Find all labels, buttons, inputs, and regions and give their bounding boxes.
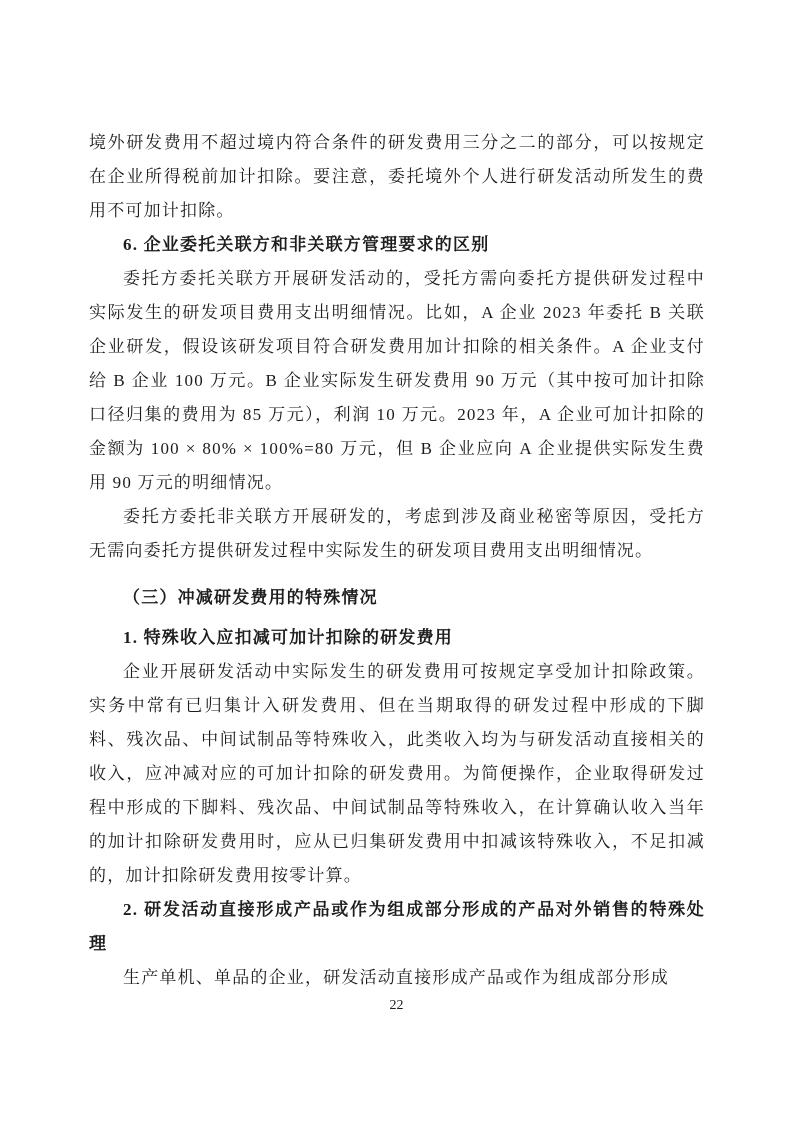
document-body: 境外研发费用不超过境内符合条件的研发费用三分之二的部分，可以按规定在企业所得税前… bbox=[89, 126, 705, 995]
paragraph-non-related-party: 委托方委托非关联方开展研发的，考虑到涉及商业秘密等原因，受托方无需向委托方提供研… bbox=[89, 500, 705, 568]
paragraph-single-machine-products: 生产单机、单品的企业，研发活动直接形成产品或作为组成部分形成 bbox=[89, 961, 705, 995]
paragraph-overseas-rd-deduction: 境外研发费用不超过境内符合条件的研发费用三分之二的部分，可以按规定在企业所得税前… bbox=[89, 126, 705, 228]
section-heading-3-offset-special-cases: （三）冲减研发费用的特殊情况 bbox=[89, 581, 705, 615]
paragraph-related-party-example: 委托方委托关联方开展研发活动的，受托方需向委托方提供研发过程中实际发生的研发项目… bbox=[89, 262, 705, 500]
heading-2-product-sales-special-treatment: 2. 研发活动直接形成产品或作为组成部分形成的产品对外销售的特殊处理 bbox=[89, 893, 705, 961]
document-page: 境外研发费用不超过境内符合条件的研发费用三分之二的部分，可以按规定在企业所得税前… bbox=[0, 0, 793, 1122]
page-number: 22 bbox=[0, 998, 793, 1014]
heading-6-related-party-requirements: 6. 企业委托关联方和非关联方管理要求的区别 bbox=[89, 228, 705, 262]
heading-1-special-income-offset: 1. 特殊收入应扣减可加计扣除的研发费用 bbox=[89, 621, 705, 655]
paragraph-special-income-rule: 企业开展研发活动中实际发生的研发费用可按规定享受加计扣除政策。实务中常有已归集计… bbox=[89, 655, 705, 893]
